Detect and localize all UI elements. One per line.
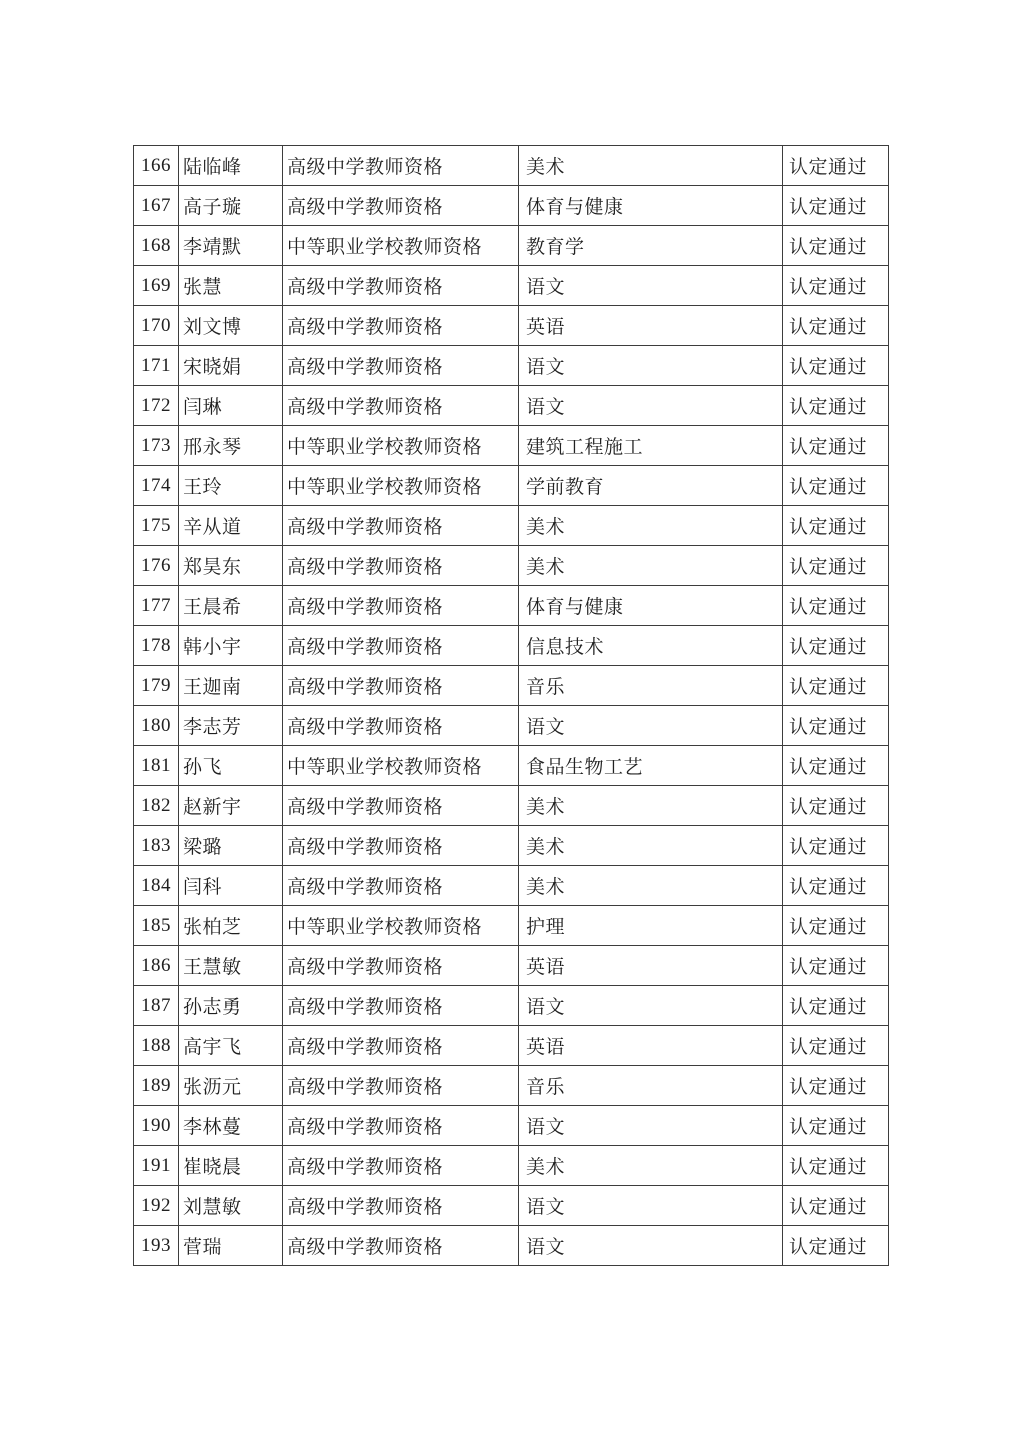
cell-qualification: 高级中学教师资格: [283, 146, 519, 186]
table-row: 170刘文博高级中学教师资格英语认定通过: [134, 306, 889, 346]
cell-status: 认定通过: [783, 906, 889, 946]
cell-subject: 美术: [519, 1146, 783, 1186]
table-row: 187孙志勇高级中学教师资格语文认定通过: [134, 986, 889, 1026]
cell-subject: 食品生物工艺: [519, 746, 783, 786]
cell-qualification: 高级中学教师资格: [283, 1226, 519, 1266]
cell-number: 183: [134, 826, 179, 866]
cell-qualification: 高级中学教师资格: [283, 986, 519, 1026]
cell-number: 176: [134, 546, 179, 586]
cell-subject: 语文: [519, 266, 783, 306]
cell-subject: 建筑工程施工: [519, 426, 783, 466]
cell-subject: 信息技术: [519, 626, 783, 666]
cell-name: 邢永琴: [179, 426, 283, 466]
table-row: 175辛从道高级中学教师资格美术认定通过: [134, 506, 889, 546]
teacher-certification-table: 166陆临峰高级中学教师资格美术认定通过167高子璇高级中学教师资格体育与健康认…: [133, 145, 889, 1266]
table-row: 192刘慧敏高级中学教师资格语文认定通过: [134, 1186, 889, 1226]
cell-number: 182: [134, 786, 179, 826]
cell-subject: 语文: [519, 706, 783, 746]
cell-qualification: 高级中学教师资格: [283, 666, 519, 706]
cell-status: 认定通过: [783, 1186, 889, 1226]
table-row: 178韩小宇高级中学教师资格信息技术认定通过: [134, 626, 889, 666]
table-row: 172闫琳高级中学教师资格语文认定通过: [134, 386, 889, 426]
cell-status: 认定通过: [783, 1026, 889, 1066]
cell-number: 170: [134, 306, 179, 346]
cell-qualification: 高级中学教师资格: [283, 186, 519, 226]
cell-name: 闫科: [179, 866, 283, 906]
cell-name: 张柏芝: [179, 906, 283, 946]
cell-name: 李林蔓: [179, 1106, 283, 1146]
table-row: 184闫科高级中学教师资格美术认定通过: [134, 866, 889, 906]
cell-qualification: 高级中学教师资格: [283, 1106, 519, 1146]
document-page: 166陆临峰高级中学教师资格美术认定通过167高子璇高级中学教师资格体育与健康认…: [0, 0, 1024, 1448]
table-row: 186王慧敏高级中学教师资格英语认定通过: [134, 946, 889, 986]
cell-name: 闫琳: [179, 386, 283, 426]
cell-subject: 美术: [519, 866, 783, 906]
cell-name: 张沥元: [179, 1066, 283, 1106]
cell-qualification: 中等职业学校教师资格: [283, 466, 519, 506]
cell-qualification: 高级中学教师资格: [283, 386, 519, 426]
cell-name: 孙志勇: [179, 986, 283, 1026]
cell-name: 孙飞: [179, 746, 283, 786]
table-row: 179王迦南高级中学教师资格音乐认定通过: [134, 666, 889, 706]
cell-subject: 美术: [519, 506, 783, 546]
table-row: 185张柏芝中等职业学校教师资格护理认定通过: [134, 906, 889, 946]
cell-subject: 体育与健康: [519, 586, 783, 626]
cell-number: 168: [134, 226, 179, 266]
cell-status: 认定通过: [783, 586, 889, 626]
cell-name: 崔晓晨: [179, 1146, 283, 1186]
table-row: 190李林蔓高级中学教师资格语文认定通过: [134, 1106, 889, 1146]
cell-status: 认定通过: [783, 1066, 889, 1106]
cell-qualification: 高级中学教师资格: [283, 1186, 519, 1226]
cell-number: 180: [134, 706, 179, 746]
cell-subject: 学前教育: [519, 466, 783, 506]
cell-status: 认定通过: [783, 866, 889, 906]
cell-name: 王慧敏: [179, 946, 283, 986]
cell-name: 刘文博: [179, 306, 283, 346]
cell-status: 认定通过: [783, 546, 889, 586]
cell-name: 刘慧敏: [179, 1186, 283, 1226]
table-row: 188高宇飞高级中学教师资格英语认定通过: [134, 1026, 889, 1066]
cell-number: 184: [134, 866, 179, 906]
cell-qualification: 中等职业学校教师资格: [283, 906, 519, 946]
cell-status: 认定通过: [783, 306, 889, 346]
cell-status: 认定通过: [783, 1106, 889, 1146]
table-row: 166陆临峰高级中学教师资格美术认定通过: [134, 146, 889, 186]
cell-number: 169: [134, 266, 179, 306]
cell-qualification: 高级中学教师资格: [283, 1146, 519, 1186]
cell-name: 王迦南: [179, 666, 283, 706]
cell-number: 189: [134, 1066, 179, 1106]
cell-status: 认定通过: [783, 1226, 889, 1266]
cell-name: 李靖默: [179, 226, 283, 266]
cell-status: 认定通过: [783, 226, 889, 266]
cell-status: 认定通过: [783, 146, 889, 186]
cell-subject: 音乐: [519, 1066, 783, 1106]
cell-qualification: 高级中学教师资格: [283, 786, 519, 826]
cell-status: 认定通过: [783, 946, 889, 986]
cell-subject: 音乐: [519, 666, 783, 706]
cell-name: 赵新宇: [179, 786, 283, 826]
cell-qualification: 高级中学教师资格: [283, 1066, 519, 1106]
table-row: 183梁璐高级中学教师资格美术认定通过: [134, 826, 889, 866]
cell-number: 171: [134, 346, 179, 386]
cell-subject: 英语: [519, 1026, 783, 1066]
cell-qualification: 高级中学教师资格: [283, 826, 519, 866]
cell-status: 认定通过: [783, 986, 889, 1026]
cell-qualification: 高级中学教师资格: [283, 546, 519, 586]
cell-number: 173: [134, 426, 179, 466]
cell-number: 185: [134, 906, 179, 946]
cell-number: 172: [134, 386, 179, 426]
cell-subject: 护理: [519, 906, 783, 946]
cell-name: 宋晓娟: [179, 346, 283, 386]
cell-number: 179: [134, 666, 179, 706]
table-row: 189张沥元高级中学教师资格音乐认定通过: [134, 1066, 889, 1106]
table-row: 173邢永琴中等职业学校教师资格建筑工程施工认定通过: [134, 426, 889, 466]
cell-subject: 美术: [519, 146, 783, 186]
cell-status: 认定通过: [783, 1146, 889, 1186]
cell-status: 认定通过: [783, 466, 889, 506]
cell-name: 李志芳: [179, 706, 283, 746]
cell-qualification: 高级中学教师资格: [283, 506, 519, 546]
cell-subject: 教育学: [519, 226, 783, 266]
cell-status: 认定通过: [783, 666, 889, 706]
cell-number: 177: [134, 586, 179, 626]
cell-status: 认定通过: [783, 266, 889, 306]
cell-name: 辛从道: [179, 506, 283, 546]
cell-qualification: 中等职业学校教师资格: [283, 426, 519, 466]
cell-number: 188: [134, 1026, 179, 1066]
cell-status: 认定通过: [783, 346, 889, 386]
cell-number: 181: [134, 746, 179, 786]
cell-subject: 英语: [519, 306, 783, 346]
cell-status: 认定通过: [783, 626, 889, 666]
cell-subject: 语文: [519, 1186, 783, 1226]
cell-subject: 语文: [519, 1106, 783, 1146]
cell-number: 178: [134, 626, 179, 666]
cell-name: 王晨希: [179, 586, 283, 626]
cell-status: 认定通过: [783, 706, 889, 746]
table-row: 168李靖默中等职业学校教师资格教育学认定通过: [134, 226, 889, 266]
cell-status: 认定通过: [783, 386, 889, 426]
table-row: 174王玲中等职业学校教师资格学前教育认定通过: [134, 466, 889, 506]
table-row: 191崔晓晨高级中学教师资格美术认定通过: [134, 1146, 889, 1186]
cell-name: 梁璐: [179, 826, 283, 866]
cell-qualification: 中等职业学校教师资格: [283, 746, 519, 786]
cell-status: 认定通过: [783, 186, 889, 226]
cell-number: 175: [134, 506, 179, 546]
table-row: 177王晨希高级中学教师资格体育与健康认定通过: [134, 586, 889, 626]
cell-name: 菅瑞: [179, 1226, 283, 1266]
cell-subject: 语文: [519, 386, 783, 426]
cell-name: 高宇飞: [179, 1026, 283, 1066]
cell-qualification: 高级中学教师资格: [283, 626, 519, 666]
cell-subject: 语文: [519, 1226, 783, 1266]
cell-subject: 英语: [519, 946, 783, 986]
cell-number: 187: [134, 986, 179, 1026]
cell-status: 认定通过: [783, 426, 889, 466]
cell-qualification: 高级中学教师资格: [283, 866, 519, 906]
table-row: 176郑昊东高级中学教师资格美术认定通过: [134, 546, 889, 586]
table-row: 180李志芳高级中学教师资格语文认定通过: [134, 706, 889, 746]
cell-number: 193: [134, 1226, 179, 1266]
table-row: 182赵新宇高级中学教师资格美术认定通过: [134, 786, 889, 826]
cell-subject: 美术: [519, 826, 783, 866]
cell-number: 166: [134, 146, 179, 186]
cell-name: 韩小宇: [179, 626, 283, 666]
cell-qualification: 高级中学教师资格: [283, 706, 519, 746]
cell-subject: 语文: [519, 346, 783, 386]
cell-name: 张慧: [179, 266, 283, 306]
cell-status: 认定通过: [783, 826, 889, 866]
cell-status: 认定通过: [783, 506, 889, 546]
table-row: 193菅瑞高级中学教师资格语文认定通过: [134, 1226, 889, 1266]
cell-name: 陆临峰: [179, 146, 283, 186]
cell-qualification: 高级中学教师资格: [283, 266, 519, 306]
cell-subject: 美术: [519, 546, 783, 586]
cell-number: 186: [134, 946, 179, 986]
table-row: 171宋晓娟高级中学教师资格语文认定通过: [134, 346, 889, 386]
cell-status: 认定通过: [783, 786, 889, 826]
cell-qualification: 高级中学教师资格: [283, 1026, 519, 1066]
table-row: 167高子璇高级中学教师资格体育与健康认定通过: [134, 186, 889, 226]
cell-qualification: 中等职业学校教师资格: [283, 226, 519, 266]
cell-number: 174: [134, 466, 179, 506]
table-row: 169张慧高级中学教师资格语文认定通过: [134, 266, 889, 306]
table-row: 181孙飞中等职业学校教师资格食品生物工艺认定通过: [134, 746, 889, 786]
cell-subject: 语文: [519, 986, 783, 1026]
cell-name: 高子璇: [179, 186, 283, 226]
cell-qualification: 高级中学教师资格: [283, 946, 519, 986]
cell-status: 认定通过: [783, 746, 889, 786]
cell-qualification: 高级中学教师资格: [283, 306, 519, 346]
cell-qualification: 高级中学教师资格: [283, 346, 519, 386]
cell-subject: 体育与健康: [519, 186, 783, 226]
results-table-body: 166陆临峰高级中学教师资格美术认定通过167高子璇高级中学教师资格体育与健康认…: [134, 146, 889, 1266]
cell-qualification: 高级中学教师资格: [283, 586, 519, 626]
cell-subject: 美术: [519, 786, 783, 826]
cell-number: 167: [134, 186, 179, 226]
cell-number: 192: [134, 1186, 179, 1226]
cell-number: 190: [134, 1106, 179, 1146]
cell-name: 郑昊东: [179, 546, 283, 586]
cell-name: 王玲: [179, 466, 283, 506]
cell-number: 191: [134, 1146, 179, 1186]
